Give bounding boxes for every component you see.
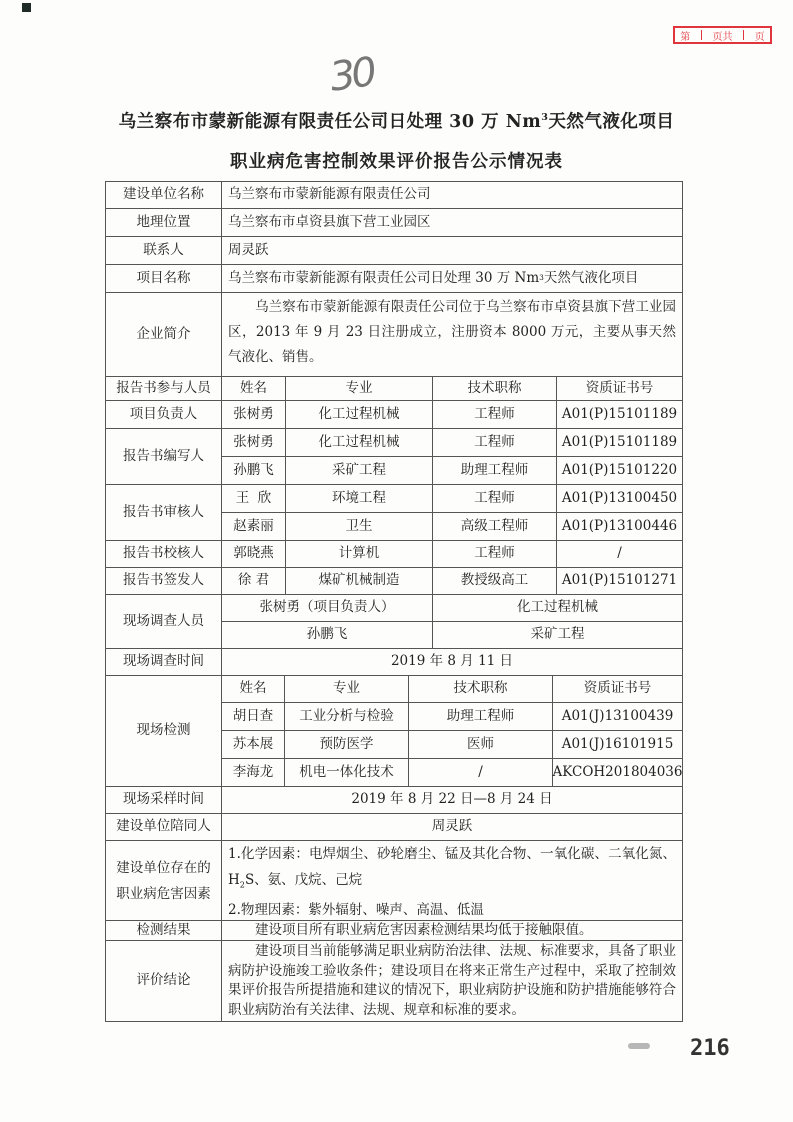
scan-smudge (628, 1043, 650, 1049)
role-report-reviewer: 报告书审核人 (105, 484, 222, 541)
stamp-part: 页 (755, 28, 765, 43)
value-survey-time: 2019 年 8 月 11 日 (221, 648, 683, 676)
label-conclusion: 评价结论 (105, 940, 222, 1022)
detector-cert: A01(J)16101915 (552, 730, 683, 759)
chemical-text: S、氨、戊烷、己烷 (245, 872, 362, 888)
title-text: 乌兰察布市蒙新能源有限责任公司日处理 30 万 Nm (119, 112, 542, 132)
hazards-label-line: 职业病危害因素 (116, 881, 211, 907)
staff-title: 高级工程师 (432, 512, 557, 541)
value-location: 乌兰察布市卓资县旗下营工业园区 (221, 208, 683, 237)
value-escort: 周灵跃 (221, 813, 683, 841)
detector-title: / (408, 758, 553, 787)
staff-title: 工程师 (432, 400, 557, 429)
staff-title: 工程师 (432, 484, 557, 513)
detector-major: 预防医学 (284, 730, 409, 759)
staff-title: 教授级高工 (432, 567, 557, 595)
detector-name: 胡日查 (221, 702, 285, 731)
survey-person: 孙鹏飞 (221, 621, 433, 649)
staff-major: 煤矿机械制造 (285, 567, 433, 595)
label-hazards: 建设单位存在的 职业病危害因素 (105, 840, 222, 921)
staff-name: 张树勇 (221, 428, 286, 457)
stamp-divider (701, 30, 702, 40)
detector-major: 工业分析与检验 (284, 702, 409, 731)
value-sampling-time: 2019 年 8 月 22 日—8 月 24 日 (221, 786, 683, 814)
role-report-issuer: 报告书签发人 (105, 567, 222, 595)
staff-cert: A01(P)15101189 (556, 428, 683, 457)
project-name-text: 乌兰察布市蒙新能源有限责任公司日处理 30 万 Nm (228, 271, 539, 287)
label-unit-name: 建设单位名称 (105, 181, 222, 209)
value-profile: 乌兰察布市蒙新能源有限责任公司位于乌兰察布市卓资县旗下营工业园区，2013 年 … (221, 292, 683, 377)
title-text: 天然气液化项目 (548, 112, 674, 132)
staff-title: 助理工程师 (432, 456, 557, 485)
value-contact: 周灵跃 (221, 236, 683, 265)
conclusion-text: 建设项目当前能够满足职业病防治法律、法规、标准要求，具备了职业病防护设施竣工验收… (228, 943, 676, 1018)
value-unit-name: 乌兰察布市蒙新能源有限责任公司 (221, 181, 683, 209)
value-result: 建设项目所有职业病危害因素检测结果均低于接触限值。 (221, 920, 683, 941)
label-site-survey: 现场调查人员 (105, 594, 222, 649)
staff-major: 卫生 (285, 512, 433, 541)
header-name: 姓名 (221, 675, 285, 703)
header-major: 专业 (285, 376, 433, 401)
detector-title: 医师 (408, 730, 553, 759)
staff-cert: A01(P)13100446 (556, 512, 683, 541)
staff-name: 徐 君 (221, 567, 286, 595)
survey-major: 化工过程机械 (432, 594, 683, 622)
survey-person: 张树勇（项目负责人） (221, 594, 433, 622)
value-hazards: 1.化学因素：电焊烟尘、砂轮磨尘、锰及其化合物、一氧化碳、二氧化氮、H2S、氨、… (221, 840, 683, 921)
header-cert: 资质证书号 (552, 675, 683, 703)
document-title: 乌兰察布市蒙新能源有限责任公司日处理 30 万 Nm3天然气液化项目 (0, 108, 793, 133)
label-result: 检测结果 (105, 920, 222, 941)
staff-major: 化工过程机械 (285, 400, 433, 429)
header-cert: 资质证书号 (556, 376, 683, 401)
stamp-divider (743, 30, 744, 40)
detector-cert: AKCOH201804036 (552, 758, 683, 787)
project-name-text: 天然气液化项目 (544, 271, 639, 287)
staff-cert: / (556, 540, 683, 568)
label-survey-time: 现场调查时间 (105, 648, 222, 676)
staff-major: 采矿工程 (285, 456, 433, 485)
hazards-chemical: 1.化学因素：电焊烟尘、砂轮磨尘、锰及其化合物、一氧化碳、二氧化氮、H2S、氨、… (228, 842, 676, 898)
detector-name: 李海龙 (221, 758, 285, 787)
staff-major: 化工过程机械 (285, 428, 433, 457)
staff-cert: A01(P)15101220 (556, 456, 683, 485)
detector-cert: A01(J)13100439 (552, 702, 683, 731)
staff-cert: A01(P)15101271 (556, 567, 683, 595)
staff-major: 计算机 (285, 540, 433, 568)
document-subtitle: 职业病危害控制效果评价报告公示情况表 (0, 148, 793, 173)
header-title: 技术职称 (408, 675, 553, 703)
detector-name: 苏本展 (221, 730, 285, 759)
value-project-name: 乌兰察布市蒙新能源有限责任公司日处理 30 万 Nm3 天然气液化项目 (221, 264, 683, 293)
page-stamp: 第 页共 页 (673, 26, 772, 44)
handwritten-number: 30 (327, 49, 376, 101)
label-field-detection: 现场检测 (105, 675, 222, 787)
stamp-part: 页共 (712, 28, 732, 43)
role-report-checker: 报告书校核人 (105, 540, 222, 568)
header-title: 技术职称 (432, 376, 557, 401)
role-report-writer: 报告书编写人 (105, 428, 222, 485)
label-location: 地理位置 (105, 208, 222, 237)
staff-title: 工程师 (432, 428, 557, 457)
staff-name: 王 欣 (221, 484, 286, 513)
label-contact: 联系人 (105, 236, 222, 265)
staff-name: 赵素丽 (221, 512, 286, 541)
stamp-part: 第 (680, 28, 690, 43)
header-name: 姓名 (221, 376, 286, 401)
detector-major: 机电一体化技术 (284, 758, 409, 787)
role-project-lead: 项目负责人 (105, 400, 222, 429)
header-major: 专业 (284, 675, 409, 703)
survey-major: 采矿工程 (432, 621, 683, 649)
staff-name: 张树勇 (221, 400, 286, 429)
staff-major: 环境工程 (285, 484, 433, 513)
page-number: 216 (690, 1036, 730, 1061)
staff-cert: A01(P)15101189 (556, 400, 683, 429)
label-report-staff: 报告书参与人员 (105, 376, 222, 401)
label-sampling-time: 现场采样时间 (105, 786, 222, 814)
hazards-label-line: 建设单位存在的 (116, 855, 211, 881)
staff-cert: A01(P)13100450 (556, 484, 683, 513)
label-escort: 建设单位陪同人 (105, 813, 222, 841)
scan-corner-mark (22, 3, 31, 12)
label-project-name: 项目名称 (105, 264, 222, 293)
label-profile: 企业简介 (105, 292, 222, 377)
staff-name: 孙鹏飞 (221, 456, 286, 485)
staff-name: 郭晓燕 (221, 540, 286, 568)
value-conclusion: 建设项目当前能够满足职业病防治法律、法规、标准要求，具备了职业病防护设施竣工验收… (221, 940, 683, 1022)
detector-title: 助理工程师 (408, 702, 553, 731)
profile-text: 乌兰察布市蒙新能源有限责任公司位于乌兰察布市卓资县旗下营工业园区，2013 年 … (228, 299, 676, 365)
staff-title: 工程师 (432, 540, 557, 568)
